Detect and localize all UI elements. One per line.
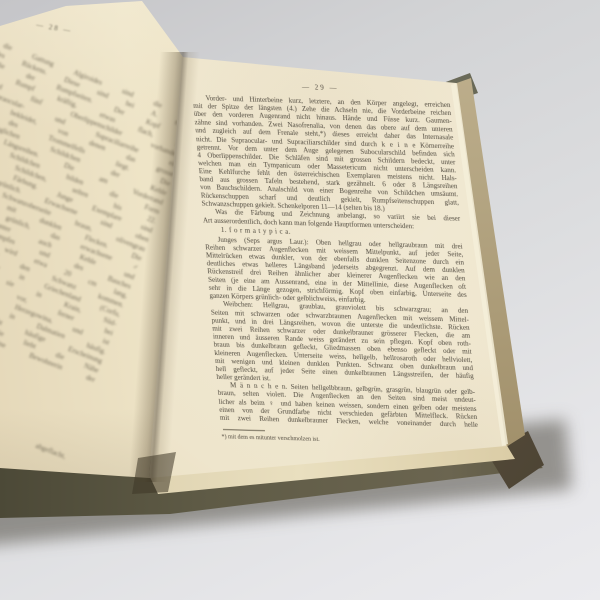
- page-number-right: — 29 —: [191, 80, 450, 95]
- page-number-left: — 28 —: [36, 21, 73, 35]
- right-page-text-block: — 29 — Vorder- und Hinterbeine kurz, let…: [191, 80, 480, 448]
- footnote-rule: [223, 429, 265, 431]
- footnote: *) mit dem es mitunter verschmolzen ist.: [221, 433, 480, 448]
- book-photo: — 28 — charakteristisch für die Gattung …: [0, 0, 600, 600]
- right-page-text: Vorder- und Hinterbeine kurz, letztere, …: [192, 94, 478, 429]
